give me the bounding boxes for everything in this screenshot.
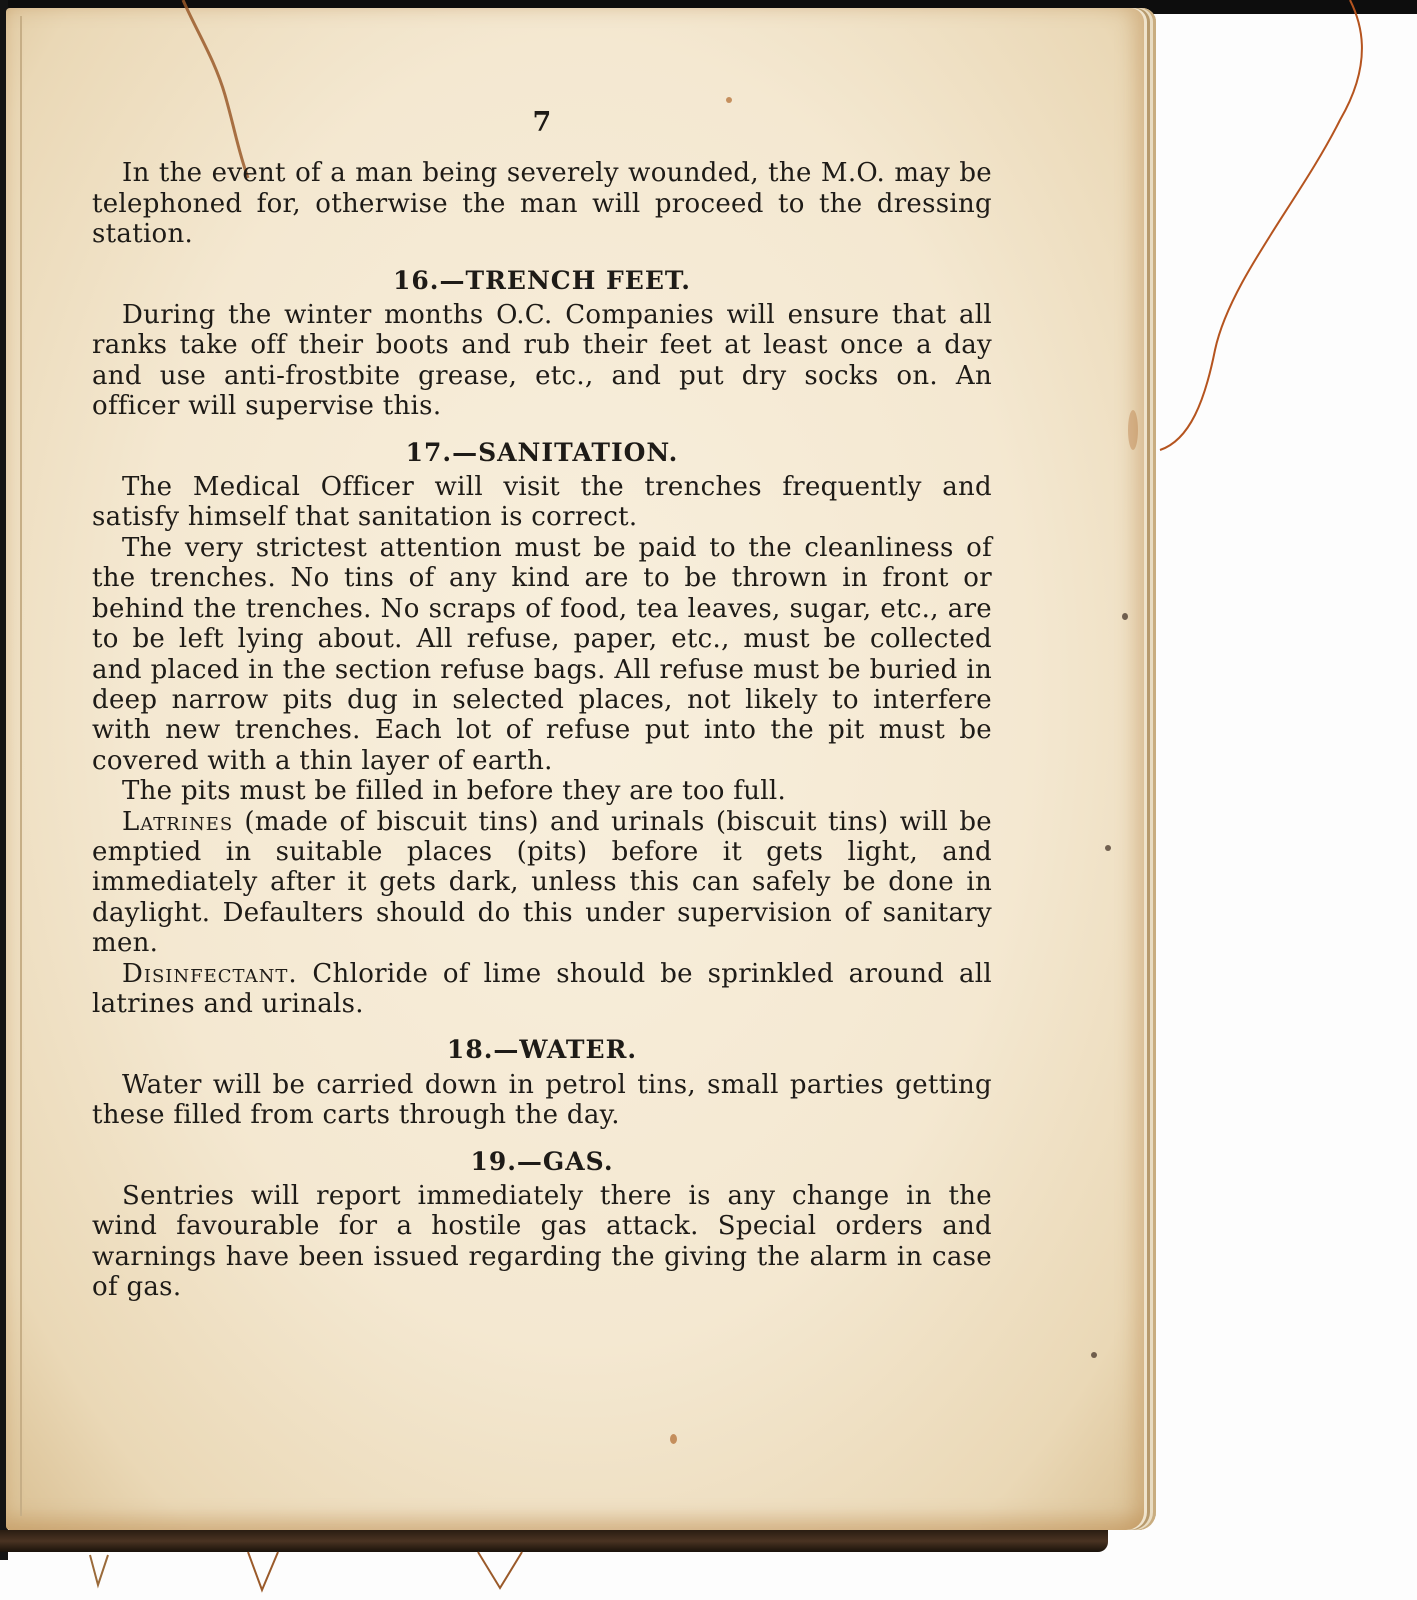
spine-fold (20, 16, 22, 1516)
sanitation-paragraph-1: The Medical Officer will visit the trenc… (92, 472, 992, 533)
bottom-thread-1 (90, 1555, 108, 1585)
section-heading-trench-feet: 16.—TRENCH FEET. (92, 266, 992, 296)
gas-paragraph: Sentries will report immediately there i… (92, 1181, 992, 1303)
trench-feet-paragraph: During the winter months O.C. Companies … (92, 300, 992, 422)
section-heading-gas: 19.—GAS. (92, 1147, 992, 1177)
page-text: 7 In the event of a man being severely w… (92, 108, 992, 1303)
stain-spot (1091, 1352, 1097, 1358)
disinfectant-paragraph: Disinfectant. Chloride of lime should be… (92, 959, 992, 1020)
intro-paragraph: In the event of a man being severely wou… (92, 158, 992, 249)
section-heading-water: 18.—WATER. (92, 1035, 992, 1065)
latrines-lead: Latrines (122, 807, 233, 837)
loose-thread (1160, 0, 1362, 450)
sanitation-paragraph-3: The pits must be filled in before they a… (92, 776, 992, 806)
bottom-thread-3 (478, 1552, 522, 1588)
page-number: 7 (92, 108, 992, 138)
stain-spot (670, 1434, 677, 1444)
section-heading-sanitation: 17.—SANITATION. (92, 438, 992, 468)
stain-spot (1105, 845, 1111, 851)
sanitation-paragraph-2: The very strictest attention must be pai… (92, 533, 992, 776)
stain-spot (1128, 410, 1138, 450)
booklet-cover-edge (0, 1530, 1108, 1552)
bottom-thread-2 (248, 1552, 278, 1590)
latrines-paragraph: Latrines (made of biscuit tins) and urin… (92, 807, 992, 959)
water-paragraph: Water will be carried down in petrol tin… (92, 1070, 992, 1131)
disinfectant-lead: Disinfectant. (122, 959, 298, 989)
stain-spot (1122, 613, 1128, 620)
stain-spot (726, 97, 732, 103)
